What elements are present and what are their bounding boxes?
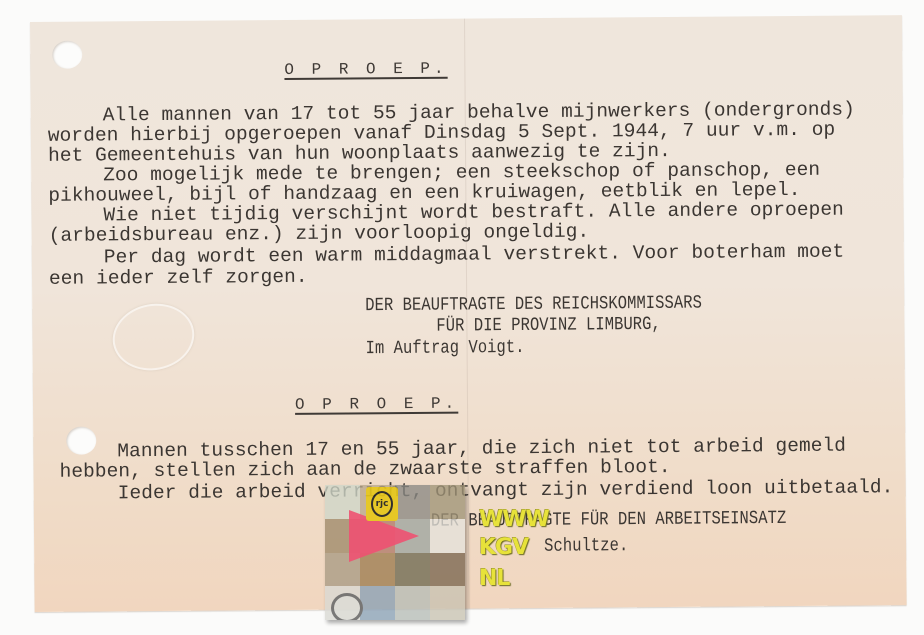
section2-signature-line-2: Schultze.: [544, 533, 628, 558]
section1-line-8: Per dag wordt een warm middagmaal verstr…: [104, 242, 845, 268]
section1-heading: O P R O E P.: [284, 59, 447, 80]
logo-badge-icon: rjc: [366, 487, 398, 521]
section2-heading: O P R O E P.: [295, 394, 458, 415]
section1-signature-line-2: FÜR DIE PROVINZ LIMBURG,: [436, 312, 661, 338]
blind-embossed-stamp: [107, 297, 200, 377]
section1-line-9: een ieder zelf zorgen.: [49, 267, 308, 289]
punch-hole-top: [52, 41, 82, 69]
watermark-text-nl: NL: [479, 566, 509, 592]
section2-line-3: Ieder die arbeid verricht, ontvangt zijn…: [118, 477, 894, 503]
logo-seal-icon: [331, 593, 363, 620]
section1-line-7: (arbeidsbureau enz.) zijn voorloopig ong…: [49, 222, 590, 246]
section1-signature-line-3: Im Auftrag Voigt.: [365, 335, 524, 360]
document-paper: O P R O E P. Alle mannen van 17 tot 55 j…: [30, 15, 907, 612]
watermark-text-www: WWW: [479, 507, 549, 533]
kgv-watermark-logo: rjc: [325, 485, 465, 620]
punch-hole-bottom: [66, 426, 96, 454]
watermark-text-kgv: KGV: [479, 535, 528, 561]
